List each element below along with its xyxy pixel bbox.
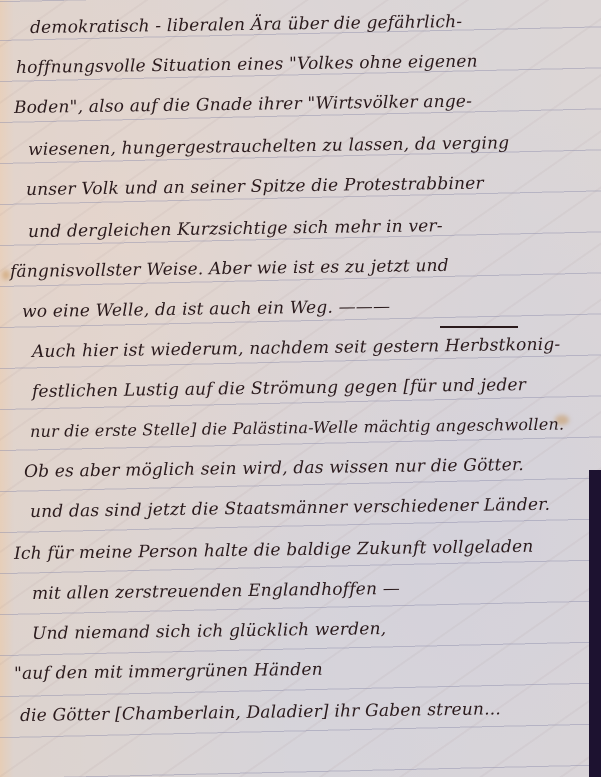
text-line-4: wiesenen, hungergestrauchelten zu lassen… bbox=[28, 133, 510, 160]
text-line-18: die Götter [Chamberlain, Daladier] ihr G… bbox=[20, 699, 501, 726]
text-line-1: demokratisch - liberalen Ära über die ge… bbox=[30, 12, 463, 38]
text-line-9: Auch hier ist wiederum, nachdem seit ges… bbox=[32, 335, 561, 362]
text-line-10: festlichen Lustig auf die Strömung gegen… bbox=[32, 375, 526, 402]
text-line-11: nur die erste Stelle] die Palästina-Well… bbox=[30, 415, 564, 441]
separator-stroke bbox=[440, 326, 518, 328]
text-line-5: unser Volk und an seiner Spitze die Prot… bbox=[26, 174, 484, 200]
text-line-16: Und niemand sich ich glücklich werden, bbox=[32, 619, 387, 644]
text-line-8: wo eine Welle, da ist auch ein Weg. ——— bbox=[22, 297, 391, 322]
text-line-17: "auf den mit immergrünen Händen bbox=[14, 660, 323, 684]
text-line-14: Ich für meine Person halte die baldige Z… bbox=[14, 537, 534, 564]
text-line-6: und dergleichen Kurzsichtige sich mehr i… bbox=[28, 216, 443, 242]
letter-body: demokratisch - liberalen Ära über die ge… bbox=[0, 0, 601, 777]
text-line-7: fängnisvollster Weise. Aber wie ist es z… bbox=[10, 256, 449, 282]
text-line-15: mit allen zerstreuenden Englandhoffen — bbox=[32, 579, 400, 604]
text-line-3: Boden", also auf die Gnade ihrer "Wirtsv… bbox=[14, 92, 472, 118]
text-line-13: und das sind jetzt die Staatsmänner vers… bbox=[30, 495, 550, 522]
text-line-12: Ob es aber möglich sein wird, das wissen… bbox=[24, 455, 524, 482]
text-line-2: hoffnungsvolle Situation eines "Volkes o… bbox=[16, 52, 478, 78]
